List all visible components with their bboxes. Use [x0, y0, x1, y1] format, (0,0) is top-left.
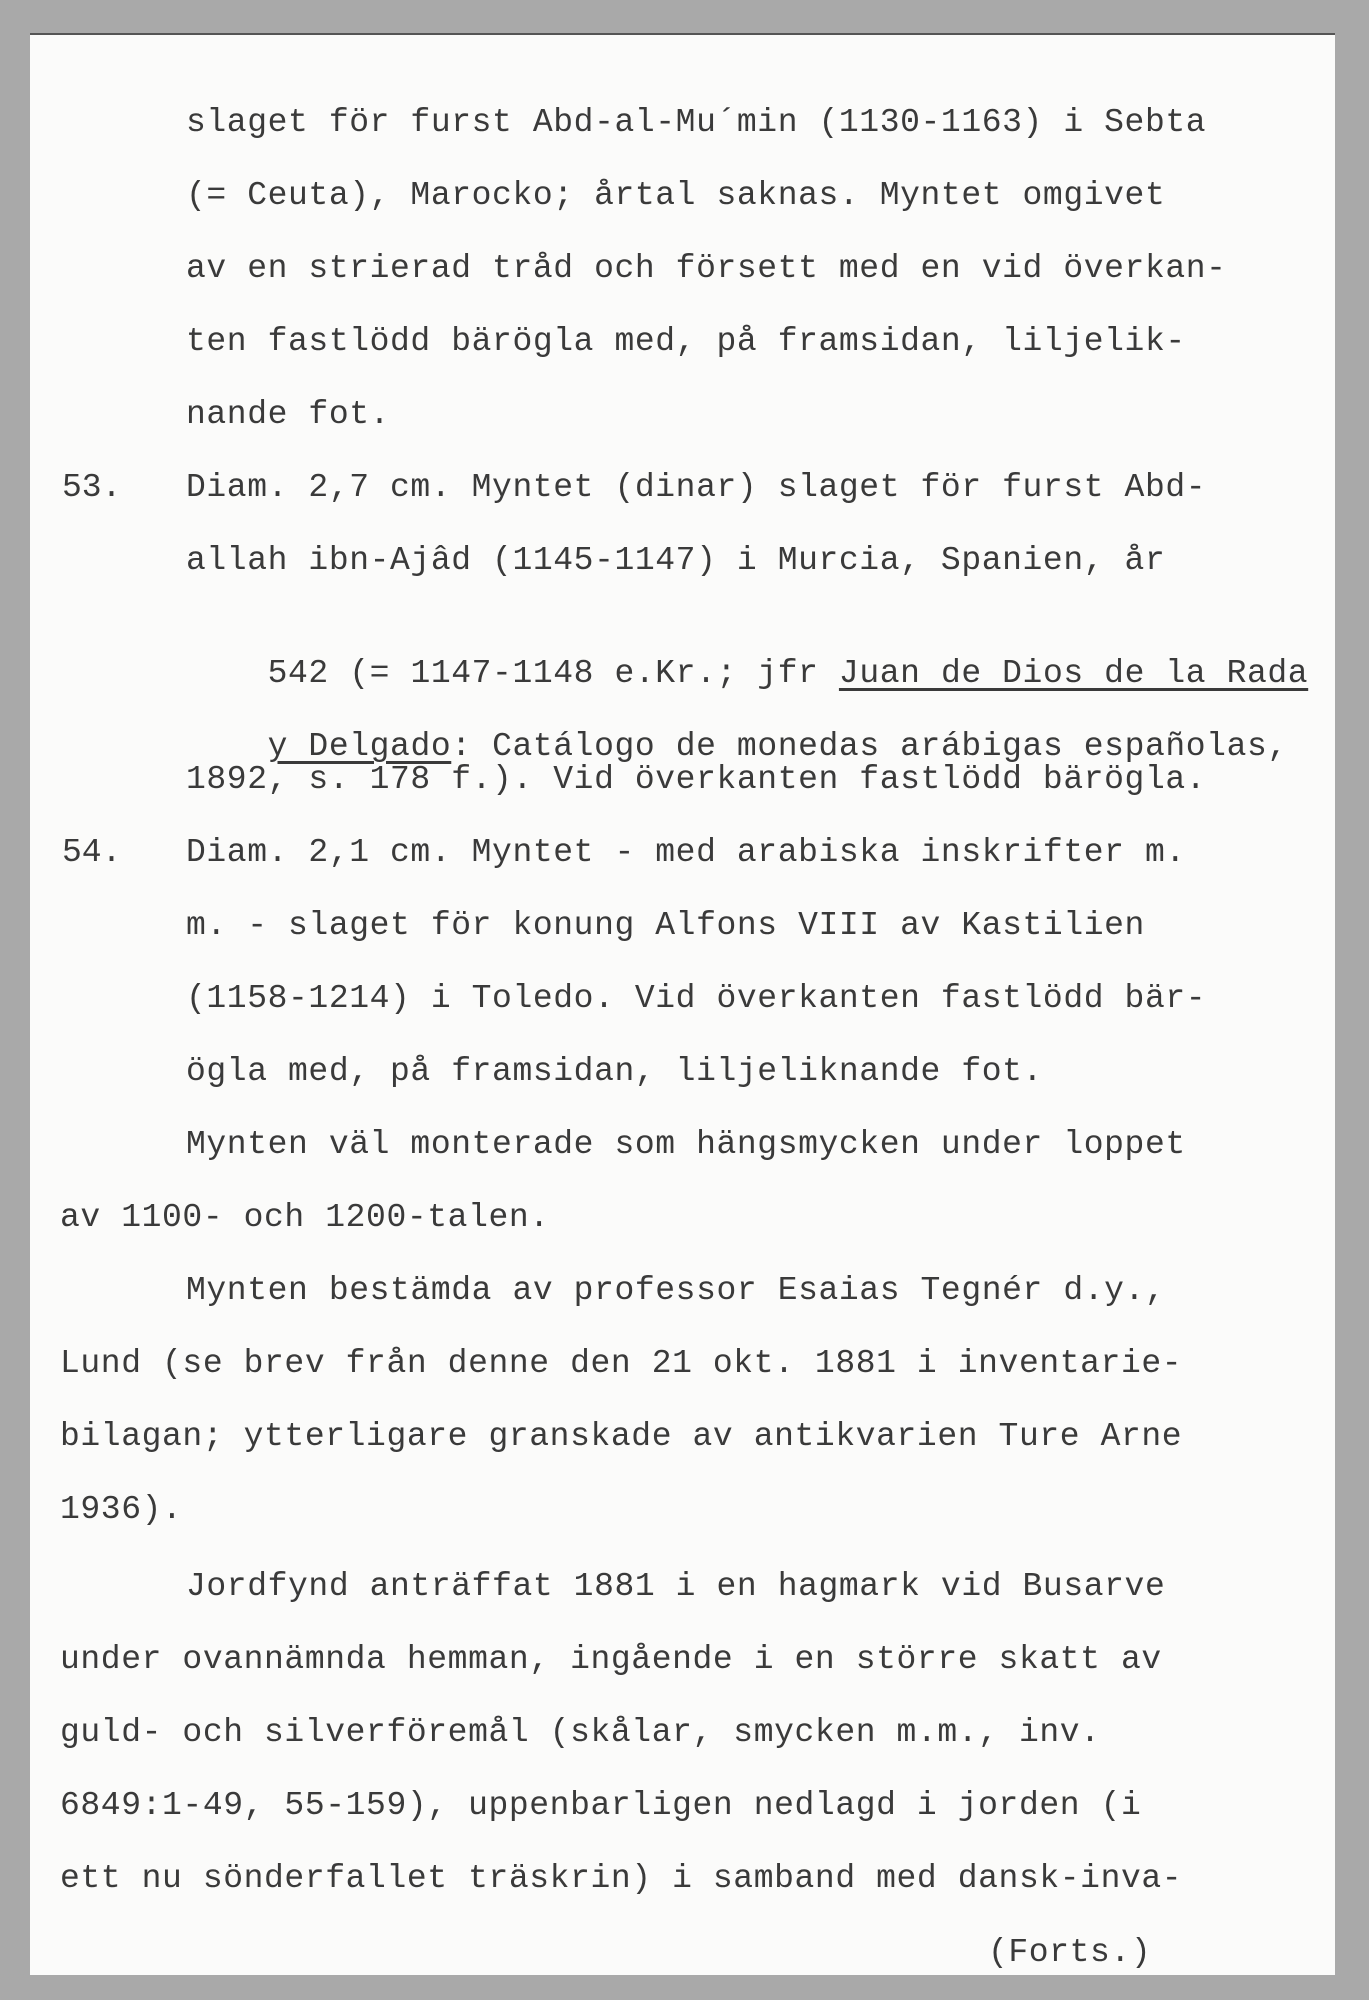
item-number-53: 53.: [62, 468, 121, 508]
text-line: Diam. 2,7 cm. Myntet (dinar) slaget för …: [186, 468, 1206, 508]
text-line: ten fastlödd bärögla med, på framsidan, …: [186, 322, 1186, 362]
text-line: nande fot.: [186, 395, 390, 435]
text-line: av 1100- och 1200-talen.: [60, 1198, 550, 1238]
text-line: Jordfynd anträffat 1881 i en hagmark vid…: [186, 1567, 1165, 1607]
text-line: Diam. 2,1 cm. Myntet - med arabiska insk…: [186, 833, 1186, 873]
item-number-54: 54.: [62, 833, 121, 873]
text-line: slaget för furst Abd-al-Mu´min (1130-116…: [186, 103, 1206, 143]
catalog-card: slaget för furst Abd-al-Mu´min (1130-116…: [30, 33, 1335, 1975]
text-line: ögla med, på framsidan, liljeliknande fo…: [186, 1052, 1043, 1092]
text-line: (1158-1214) i Toledo. Vid överkanten fas…: [186, 979, 1206, 1019]
text-line: bilagan; ytterligare granskade av antikv…: [60, 1417, 1182, 1457]
text-line: Lund (se brev från denne den 21 okt. 188…: [60, 1344, 1182, 1384]
text-line: ett nu sönderfallet träskrin) i samband …: [60, 1859, 1182, 1899]
text-line: under ovannämnda hemman, ingående i en s…: [60, 1640, 1162, 1680]
text-line: 6849:1-49, 55-159), uppenbarligen nedlag…: [60, 1786, 1141, 1826]
text-line: allah ibn-Ajâd (1145-1147) i Murcia, Spa…: [186, 541, 1165, 581]
continuation-note: (Forts.): [988, 1933, 1151, 1973]
text-line: m. - slaget för konung Alfons VIII av Ka…: [186, 906, 1145, 946]
text-line: guld- och silverföremål (skålar, smycken…: [60, 1713, 1101, 1753]
text-line: av en strierad tråd och försett med en v…: [186, 249, 1227, 289]
text-line: 1892, s. 178 f.). Vid överkanten fastlöd…: [186, 760, 1206, 800]
text-line: 1936).: [60, 1490, 182, 1530]
text-line: Mynten väl monterade som hängsmycken und…: [186, 1125, 1186, 1165]
text-line: Mynten bestämda av professor Esaias Tegn…: [186, 1271, 1165, 1311]
text-line: (= Ceuta), Marocko; årtal saknas. Myntet…: [186, 176, 1165, 216]
